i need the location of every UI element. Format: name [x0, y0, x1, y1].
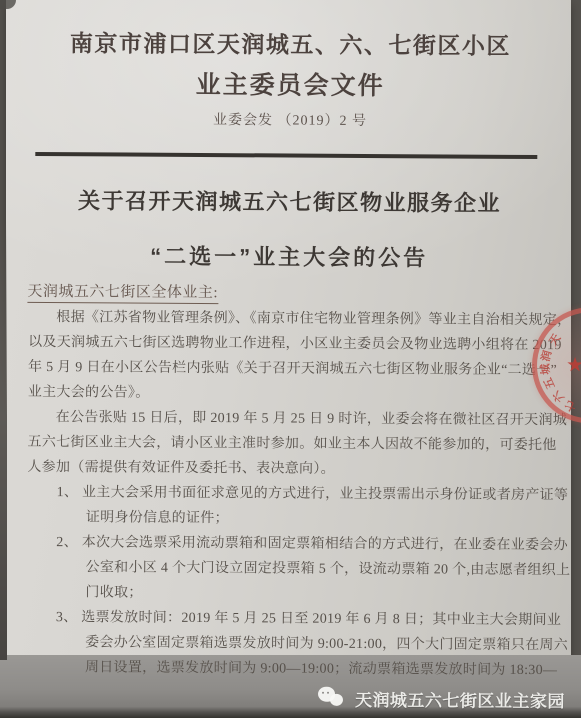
body-line: 根据《江苏省物业管理条例》、《南京市住宅物业管理条例》等业主自治相关规定， — [28, 305, 560, 333]
body-line: 公室和小区 4 个大门设立固定投票箱 5 个，设流动票箱 20 个,由志愿者组织… — [27, 555, 559, 583]
wechat-icon — [318, 686, 348, 710]
body-text: 根据《江苏省物业管理条例》、《南京市住宅物业管理条例》等业主自治相关规定， 以及… — [26, 305, 560, 683]
subject-title-line1: 关于召开天润城五六七街区物业服务企业 — [0, 184, 580, 219]
body-line: 委会办公室固定票箱选票发放时间为 9:00-21:00，四个大门固定票箱只在周六 — [26, 630, 558, 658]
body-line: 以及天润城五六七街区选聘物业工作进程，小区业主委员会及物业选聘小组将在 2019 — [28, 330, 560, 358]
document-photo: 南京市浦口区天润城五、六、七街区小区 业主委员会文件 业委会发 （2019）2 … — [0, 0, 581, 718]
header-title-line1: 南京市浦口区天润城五、六、七街区小区 — [0, 25, 581, 62]
body-line: 在公告张贴 15 日后，即 2019 年 5 月 25 日 9 时许，业委会将在… — [28, 405, 560, 433]
body-line-item-1: 1、 业主大会采用书面征求意见的方式进行，业主投票需出示身份证或者房产证等 — [27, 480, 559, 508]
header-divider-rule — [35, 152, 537, 159]
wechat-bubble-eye — [327, 692, 329, 694]
salutation: 天润城五六七街区全体业主: — [27, 280, 218, 304]
body-line: 证明身份信息的证件； — [27, 505, 559, 533]
wechat-bubble-eye — [322, 692, 324, 694]
document-content: 南京市浦口区天润城五、六、七街区小区 业主委员会文件 业委会发 （2019）2 … — [0, 0, 581, 718]
body-line: 周日设置，选票发放时间为 9:00—19:00；流动票箱选票发放时间为 18:3… — [26, 655, 558, 683]
body-line: 五六七街区业主大会，请小区业主准时参加。如业主本人因故不能参加的，可委托他 — [27, 430, 559, 458]
watermark-text: 天润城五六七街区业主家园 — [355, 685, 565, 711]
wechat-bubble-small — [330, 694, 343, 706]
subject-title-line2: “二选一”业主大会的公告 — [0, 239, 580, 274]
body-line-item-2: 2、 本次大会选票采用流动票箱和固定票箱相结合的方式进行，在业委在业委会办 — [27, 530, 559, 558]
document-number: 业委会发 （2019）2 号 — [0, 108, 581, 132]
body-line: 人参加（需提供有效证件及委托书、表决意向）。 — [27, 455, 559, 483]
body-line-item-3: 3、 选票发放时间：2019 年 5 月 25 日至 2019 年 6 月 8 … — [26, 605, 558, 633]
body-line: 年 5 月 9 日在小区公告栏内张贴《关于召开天润城五六七街区物业服务企业“二选… — [28, 355, 560, 383]
watermark: 天润城五六七街区业主家园 — [318, 685, 565, 713]
seal-char: 城 — [540, 363, 553, 376]
seal-star-icon: ★ — [566, 352, 581, 377]
header-title-line2: 业主委员会文件 — [0, 64, 581, 104]
body-line: 业主大会的公告》。 — [28, 380, 560, 408]
body-line: 门收取； — [27, 580, 559, 608]
